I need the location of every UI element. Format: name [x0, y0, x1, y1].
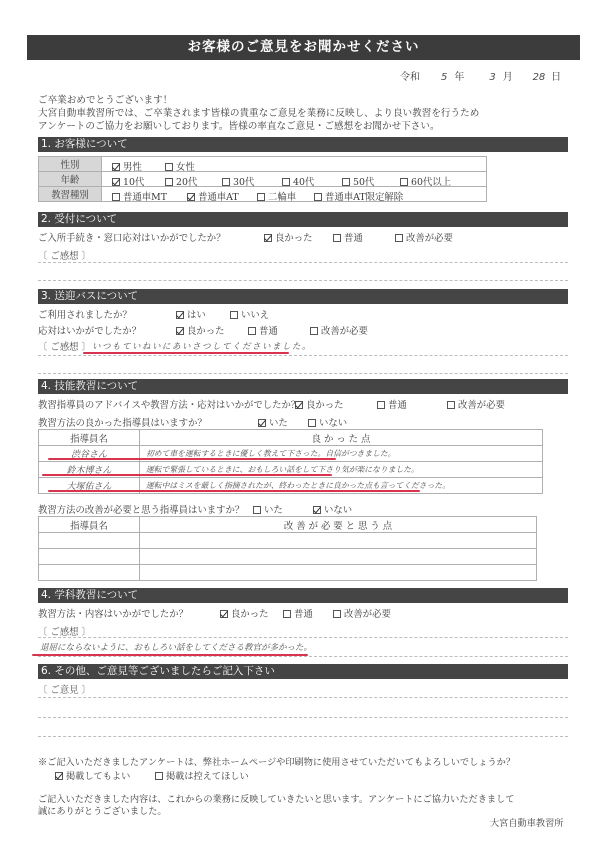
- reception-option-good[interactable]: 良かった: [264, 230, 313, 244]
- bad-instructor-option-no[interactable]: いない: [313, 502, 352, 516]
- col-improvement-points: 改 善 が 必 要 と 思 う 点: [140, 517, 537, 533]
- checkbox-icon[interactable]: [333, 234, 341, 242]
- course-option-at[interactable]: 普通車AT: [187, 189, 239, 203]
- good-instructor-table: 指導員名 良 か っ た 点 渋谷さん 初めて車を運転するときに優しく教えて下さ…: [38, 429, 543, 494]
- checkbox-icon[interactable]: [257, 193, 265, 201]
- bad-instructor-option-yes[interactable]: いた: [253, 502, 283, 516]
- customer-info-table: 性別 男性 女性 年齢 10代 20代 30代 40代 50代 60代以上 教習…: [38, 156, 487, 202]
- checkbox-checked-icon[interactable]: [264, 234, 272, 242]
- bus-comment-label: 〔 ご感想 〕: [38, 339, 91, 353]
- divider: [38, 262, 568, 263]
- thanks-line-1: ご記入いただきました内容は、これからの業務に反映していきたいと思います。アンケー…: [38, 794, 514, 806]
- checkbox-icon[interactable]: [248, 327, 256, 335]
- checkbox-checked-icon[interactable]: [112, 163, 120, 171]
- section-6-header: 6. その他、ご意見等ございましたらご記入下さい: [38, 664, 568, 679]
- date: 令和 5 年 3 月 28 日: [400, 68, 570, 83]
- classroom-option-good[interactable]: 良かった: [220, 606, 269, 620]
- checkbox-checked-icon[interactable]: [258, 419, 266, 427]
- bus-usage-option-no[interactable]: いいえ: [230, 307, 269, 321]
- checkbox-checked-icon[interactable]: [187, 193, 195, 201]
- date-day[interactable]: 28: [530, 72, 548, 83]
- checkbox-icon[interactable]: [165, 178, 173, 186]
- advice-option-needs-improvement[interactable]: 改善が必要: [447, 397, 505, 411]
- checkbox-icon[interactable]: [447, 401, 455, 409]
- publish-option-decline[interactable]: 掲載は控えてほしい: [155, 771, 249, 783]
- red-underline: [83, 352, 289, 354]
- reception-comment-label: 〔 ご感想 〕: [38, 248, 91, 262]
- checkbox-checked-icon[interactable]: [220, 610, 228, 618]
- divider: [38, 373, 568, 374]
- classroom-option-needs-improvement[interactable]: 改善が必要: [333, 606, 391, 620]
- publish-option-allow[interactable]: 掲載してもよい: [55, 771, 130, 783]
- checkbox-checked-icon[interactable]: [176, 327, 184, 335]
- date-year[interactable]: 5: [437, 72, 451, 83]
- checkbox-icon[interactable]: [253, 506, 261, 514]
- advice-option-normal[interactable]: 普通: [377, 397, 407, 411]
- divider: [38, 656, 568, 657]
- bus-comment[interactable]: いつもていねいにあいさつしてくださいました。: [92, 340, 312, 352]
- table-row: [39, 565, 537, 581]
- checkbox-checked-icon[interactable]: [313, 506, 321, 514]
- classroom-comment[interactable]: 退屈にならないように、おもしろい話をしてくださる教官が多かった。: [40, 641, 312, 653]
- instructor-advice-question: 教習指導員のアドバイスや教習方法・応対はいかがでしたか？ 良かった 普通 改善が…: [38, 397, 300, 411]
- good-instructor-option-no[interactable]: いない: [308, 415, 347, 429]
- classroom-question: 教習方法・内容はいかがでしたか？ 良かった 普通 改善が必要: [38, 606, 188, 620]
- col-good-points: 良 か っ た 点: [140, 430, 543, 446]
- date-era: 令和: [400, 68, 434, 83]
- section-3-header: 3. 送迎バスについて: [38, 289, 568, 304]
- divider: [38, 736, 568, 737]
- checkbox-checked-icon[interactable]: [112, 178, 120, 186]
- date-month[interactable]: 3: [486, 72, 500, 83]
- date-year-unit: 年: [454, 68, 482, 83]
- course-option-motorcycle[interactable]: 二輪車: [257, 189, 296, 203]
- bad-instructor-table: 指導員名 改 善 が 必 要 と 思 う 点: [38, 516, 537, 581]
- intro-text: ご卒業おめでとうございます！ 大宮自動車教習所では、ご卒業されます皆様の貴重なご…: [38, 94, 479, 133]
- age-row: 年齢 10代 20代 30代 40代 50代 60代以上: [39, 172, 487, 187]
- bus-service-question: 応対はいかがでしたか？ 良かった 普通 改善が必要: [38, 323, 141, 337]
- checkbox-icon[interactable]: [283, 610, 291, 618]
- table-row: [39, 533, 537, 549]
- checkbox-icon[interactable]: [308, 419, 316, 427]
- gender-label: 性別: [39, 157, 102, 172]
- thanks-text: ご記入いただきました内容は、これからの業務に反映していきたいと思います。アンケー…: [38, 794, 514, 818]
- divider: [38, 717, 568, 718]
- red-underline: [42, 474, 332, 476]
- bus-usage-question: ご利用されましたか？ はい いいえ: [38, 307, 132, 321]
- bus-usage-option-yes[interactable]: はい: [176, 307, 206, 321]
- date-month-unit: 月: [503, 68, 527, 83]
- improvement-point[interactable]: [140, 533, 537, 549]
- publish-question: ※ご記入いただきましたアンケートは、弊社ホームページや印刷物に使用させていただい…: [38, 757, 515, 769]
- course-type-label: 教習種別: [39, 187, 102, 202]
- checkbox-icon[interactable]: [222, 178, 230, 186]
- checkbox-checked-icon[interactable]: [55, 772, 63, 780]
- bus-service-option-needs-improvement[interactable]: 改善が必要: [310, 323, 368, 337]
- checkbox-icon[interactable]: [377, 401, 385, 409]
- checkbox-icon[interactable]: [400, 178, 408, 186]
- other-comment-label: 〔 ご意見 〕: [38, 682, 91, 696]
- intro-line-3: アンケートのご協力をお願いしております。皆様の率直なご意見・ご感想をお聞かせ下さ…: [38, 120, 479, 133]
- intro-line-2: 大宮自動車教習所では、ご卒業されます皆様の貴重なご意見を業務に反映し、より良い教…: [38, 107, 479, 120]
- good-instructor-question: 教習方法の良かった指導員はいますか？ いた いない: [38, 415, 207, 429]
- reception-question: ご入所手続き・窓口応対はいかがでしたか？ 良かった 普通 改善が必要: [38, 230, 226, 244]
- section-2-header: 2. 受付について: [38, 212, 568, 227]
- course-option-at-limit-release[interactable]: 普通車AT限定解除: [314, 189, 403, 203]
- red-underline: [48, 490, 420, 492]
- reception-option-needs-improvement[interactable]: 改善が必要: [395, 230, 453, 244]
- thanks-line-2: 誠にありがとうございました。: [38, 806, 514, 818]
- checkbox-checked-icon[interactable]: [176, 311, 184, 319]
- checkbox-checked-icon[interactable]: [295, 401, 303, 409]
- divider: [38, 280, 568, 281]
- form-title: お客様のご意見をお聞かせください: [27, 35, 580, 60]
- instructor-name[interactable]: [39, 565, 140, 581]
- instructor-name[interactable]: [39, 533, 140, 549]
- improvement-point[interactable]: [140, 565, 537, 581]
- organization-name: 大宮自動車教習所: [490, 818, 564, 830]
- checkbox-icon[interactable]: [310, 327, 318, 335]
- table-header-row: 指導員名 改 善 が 必 要 と 思 う 点: [39, 517, 537, 533]
- checkbox-icon[interactable]: [395, 234, 403, 242]
- checkbox-icon[interactable]: [155, 772, 163, 780]
- date-day-unit: 日: [551, 68, 561, 83]
- age-label: 年齢: [39, 172, 102, 187]
- course-option-mt[interactable]: 普通車MT: [112, 189, 167, 203]
- divider: [38, 355, 568, 356]
- bad-instructor-question: 教習方法の改善が必要と思う指導員はいますか？ いた いない: [38, 502, 244, 516]
- red-underline: [48, 458, 336, 460]
- reception-option-normal[interactable]: 普通: [333, 230, 363, 244]
- course-type-row: 教習種別 普通車MT 普通車AT 二輪車 普通車AT限定解除: [39, 187, 487, 202]
- divider: [38, 637, 568, 638]
- instructor-name[interactable]: [39, 549, 140, 565]
- bus-service-option-normal[interactable]: 普通: [248, 323, 278, 337]
- advice-option-good[interactable]: 良かった: [295, 397, 344, 411]
- good-instructor-option-yes[interactable]: いた: [258, 415, 288, 429]
- checkbox-icon[interactable]: [230, 311, 238, 319]
- section-1-header: 1. お客様について: [38, 137, 568, 152]
- table-row: [39, 549, 537, 565]
- checkbox-icon[interactable]: [342, 178, 350, 186]
- improvement-point[interactable]: [140, 549, 537, 565]
- gender-row: 性別 男性 女性: [39, 157, 487, 172]
- intro-line-1: ご卒業おめでとうございます！: [38, 94, 479, 107]
- classroom-comment-label: 〔 ご感想 〕: [38, 624, 91, 638]
- classroom-option-normal[interactable]: 普通: [283, 606, 313, 620]
- section-5-header: 4. 学科教習について: [38, 588, 568, 603]
- checkbox-icon[interactable]: [165, 163, 173, 171]
- section-4-header: 4. 技能教習について: [38, 379, 568, 394]
- col-instructor-name: 指導員名: [39, 430, 140, 446]
- checkbox-icon[interactable]: [314, 193, 322, 201]
- checkbox-icon[interactable]: [333, 610, 341, 618]
- col-instructor-name: 指導員名: [39, 517, 140, 533]
- table-header-row: 指導員名 良 か っ た 点: [39, 430, 543, 446]
- checkbox-icon[interactable]: [112, 193, 120, 201]
- bus-service-option-good[interactable]: 良かった: [176, 323, 225, 337]
- divider: [38, 697, 568, 698]
- checkbox-icon[interactable]: [282, 178, 290, 186]
